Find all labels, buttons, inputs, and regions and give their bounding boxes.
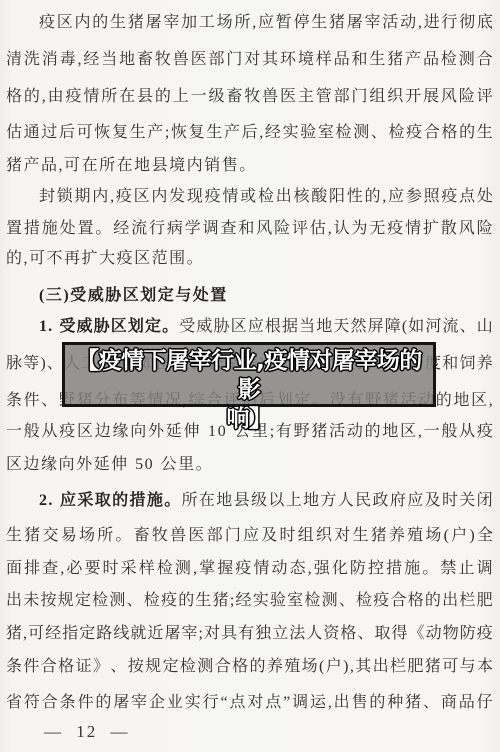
item1-line1: 1. 受威胁区划定。受威胁区应根据当地天然屏障(如河流、山: [6, 316, 493, 337]
item2-line1: 2. 应采取的措施。所在地县级以上地方人民政府应及时关闭: [6, 490, 493, 511]
watermark-overlay: 【疫情下屠宰行业,疫情对屠宰场的影 响】: [62, 342, 436, 407]
para2-line3: 的,可不再扩大疫区范围。: [6, 248, 493, 269]
page-number: — 12 —: [44, 722, 130, 742]
item2-line5: 猪,可经指定路线就近屠宰;对具有独立法人资格、取得《动物防疫: [6, 623, 493, 644]
para1-line3: 格的,由疫情所在县的上一级畜牧兽医主管部门组织开展风险评: [6, 86, 493, 107]
para1-line1: 疫区内的生猪屠宰加工场所,应暂停生猪屠宰活动,进行彻底: [6, 12, 493, 33]
item2-line4: 出未按规定检测、检疫的生猪;经实验室检测、检疫合格的出栏肥: [6, 590, 493, 611]
item2-line2: 生猪交易场所。畜牧兽医部门应及时组织对生猪养殖场(户)全: [6, 525, 493, 546]
item2-line6: 条件合格证》、按规定检测合格的养殖场(户),其出栏肥猪可与本: [6, 656, 493, 677]
watermark-line1: 【疫情下屠宰行业,疫情对屠宰场的影: [65, 347, 433, 405]
item1-line5: 区边缘向外延伸 50 公里。: [6, 454, 493, 475]
para1-line4: 估通过后可恢复生产;恢复生产后,经实验室检测、检疫合格的生: [6, 122, 493, 143]
watermark-line2: 响】: [65, 405, 433, 434]
section-heading: (三)受威胁区划定与处置: [6, 285, 493, 306]
para2-line2: 置措施处置。经流行病学调查和风险评估,认为无疫情扩散风险: [6, 218, 493, 239]
item2-line3: 面排查,必要时采样检测,掌握疫情动态,强化防控措施。禁止调: [6, 558, 493, 579]
para2-line1: 封锁期内,疫区内发现疫情或检出核酸阳性的,应参照疫点处: [6, 186, 493, 207]
document-page: 疫区内的生猪屠宰加工场所,应暂停生猪屠宰活动,进行彻底清洗消毒,经当地畜牧兽医部…: [0, 0, 500, 752]
para1-line5: 猪产品,可在所在地县境内销售。: [6, 155, 493, 176]
para1-line2: 清洗消毒,经当地畜牧兽医部门对其环境样品和生猪产品检测合: [6, 49, 493, 70]
item2-line7: 省符合条件的屠宰企业实行“点对点”调运,出售的种猪、商品仔: [6, 692, 493, 713]
